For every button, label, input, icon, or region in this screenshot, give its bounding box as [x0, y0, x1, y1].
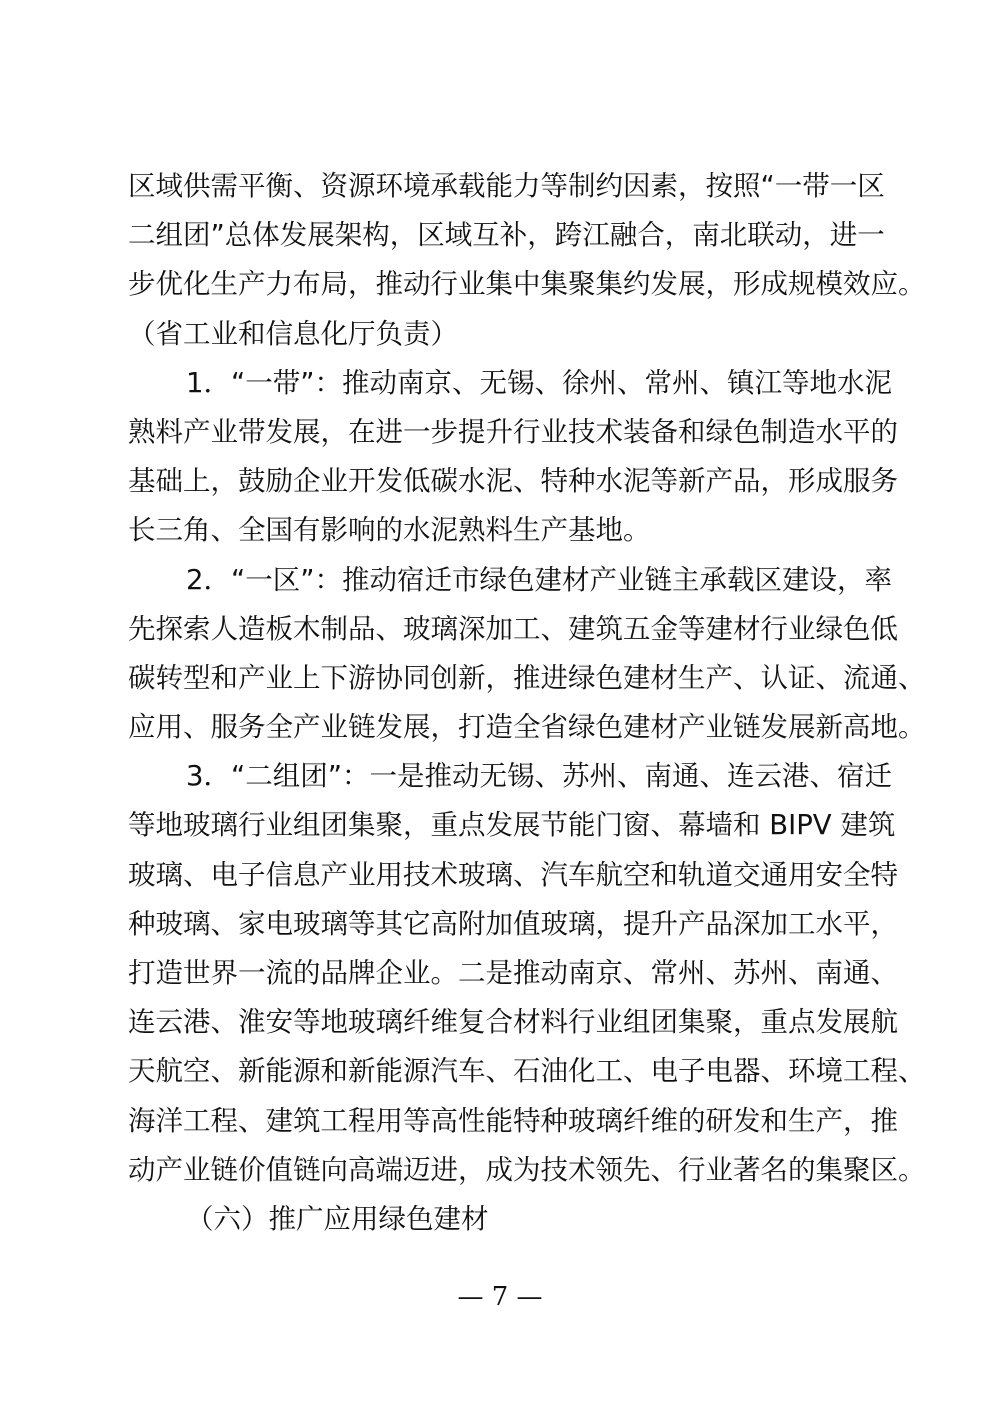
text-line: 熟料产业带发展，在进一步提升行业技术装备和绿色制造水平的	[128, 408, 874, 457]
text-line: 基础上，鼓励企业开发低碳水泥、特种水泥等新产品，形成服务	[128, 457, 874, 506]
paragraph-item-3-erzutuan: 3．“二组团”：一是推动无锡、苏州、南通、连云港、宿迁 等地玻璃行业组团集聚，重…	[128, 752, 874, 1195]
paragraph-item-2-yiqu: 2．“一区”：推动宿迁市绿色建材产业链主承载区建设，率 先探索人造板木制品、玻璃…	[128, 556, 874, 753]
text-line: 种玻璃、家电玻璃等其它高附加值玻璃，提升产品深加工水平，	[128, 900, 874, 949]
text-line: 海洋工程、建筑工程用等高性能特种玻璃纤维的研发和生产，推	[128, 1097, 874, 1146]
section-heading-text: （六）推广应用绿色建材	[128, 1195, 874, 1244]
text-line: 1．“一带”：推动南京、无锡、徐州、常州、镇江等地水泥	[128, 359, 874, 408]
responsible-party-note: （省工业和信息化厅负责）	[128, 310, 874, 359]
section-heading-6: （六）推广应用绿色建材	[128, 1195, 874, 1244]
text-line: 打造世界一流的品牌企业。二是推动南京、常州、苏州、南通、	[128, 949, 874, 998]
text-line: 先探索人造板木制品、玻璃深加工、建筑五金等建材行业绿色低	[128, 605, 874, 654]
paragraph-item-1-yidai: 1．“一带”：推动南京、无锡、徐州、常州、镇江等地水泥 熟料产业带发展，在进一步…	[128, 359, 874, 556]
text-line: 玻璃、电子信息产业用技术玻璃、汽车航空和轨道交通用安全特	[128, 851, 874, 900]
text-line: 二组团”总体发展架构，区域互补，跨江融合，南北联动，进一	[128, 211, 874, 260]
text-line: 连云港、淮安等地玻璃纤维复合材料行业组团集聚，重点发展航	[128, 998, 874, 1047]
text-line: 动产业链价值链向高端迈进，成为技术领先、行业著名的集聚区。	[128, 1146, 874, 1195]
page-number: — 7 —	[0, 1282, 1000, 1312]
text-line: 2．“一区”：推动宿迁市绿色建材产业链主承载区建设，率	[128, 556, 874, 605]
paragraph-intro-continuation: 区域供需平衡、资源环境承载能力等制约因素，按照“一带一区 二组团”总体发展架构，…	[128, 162, 874, 359]
text-line: 长三角、全国有影响的水泥熟料生产基地。	[128, 506, 874, 555]
text-line: 应用、服务全产业链发展，打造全省绿色建材产业链发展新高地。	[128, 703, 874, 752]
text-line: 碳转型和产业上下游协同创新，推进绿色建材生产、认证、流通、	[128, 654, 874, 703]
document-page: 区域供需平衡、资源环境承载能力等制约因素，按照“一带一区 二组团”总体发展架构，…	[0, 0, 1000, 1414]
document-body: 区域供需平衡、资源环境承载能力等制约因素，按照“一带一区 二组团”总体发展架构，…	[128, 162, 874, 1244]
text-line: 等地玻璃行业组团集聚，重点发展节能门窗、幕墙和 BIPV 建筑	[128, 801, 874, 850]
text-line: 步优化生产力布局，推动行业集中集聚集约发展，形成规模效应。	[128, 260, 874, 309]
text-line: 3．“二组团”：一是推动无锡、苏州、南通、连云港、宿迁	[128, 752, 874, 801]
text-line: 天航空、新能源和新能源汽车、石油化工、电子电器、环境工程、	[128, 1047, 874, 1096]
text-line: 区域供需平衡、资源环境承载能力等制约因素，按照“一带一区	[128, 162, 874, 211]
